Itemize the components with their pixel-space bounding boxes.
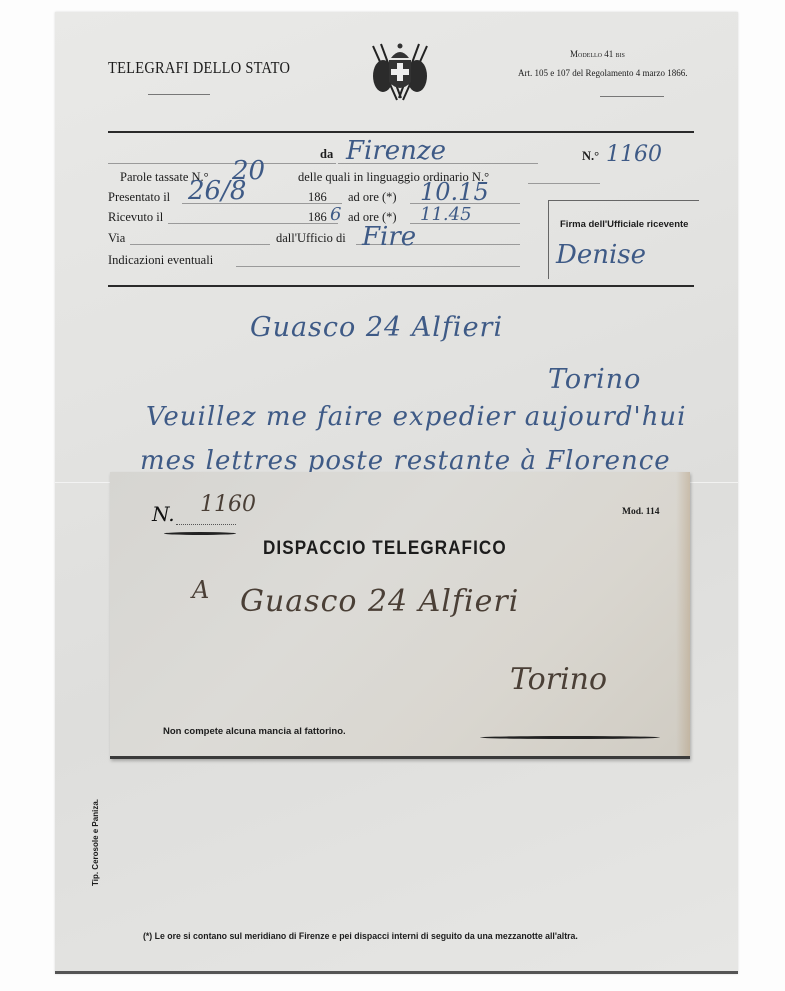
received-year-digit: 6 (330, 204, 341, 225)
savoy-coat-of-arms-icon (367, 40, 433, 106)
message-line-1: Veuillez me faire expedier aujourd'hui (146, 402, 687, 432)
line (108, 163, 336, 164)
telegram-envelope: N. 1160 Mod. 114 DISPACCIO TELEGRAFICO A… (110, 472, 690, 759)
regulation-reference: Art. 105 e 107 del Regolamento 4 marzo 1… (518, 68, 687, 78)
ordinary-line (528, 183, 600, 184)
envelope-flourish (164, 532, 236, 535)
envelope-address: Guasco 24 Alfieri (240, 584, 519, 619)
received-label: Ricevuto il (108, 210, 163, 225)
message-city: Torino (548, 364, 641, 395)
notes-label: Indicazioni eventuali (108, 253, 213, 268)
envelope-note: Non compete alcuna mancia al fattorino. (163, 726, 346, 737)
from-value: Firenze (346, 136, 446, 166)
office-value: Fire (362, 222, 416, 252)
form-top-rule (108, 131, 694, 133)
form-model-number: Modello 41 bis (570, 49, 625, 59)
presented-time: 10.15 (420, 178, 489, 206)
received-time: 11.45 (420, 204, 472, 225)
via-label: Via (108, 231, 125, 246)
number-value: 1160 (606, 142, 662, 167)
envelope-number-value: 1160 (200, 492, 256, 517)
title-rule (148, 94, 210, 95)
envelope-bottom-flourish (480, 736, 660, 739)
envelope-city: Torino (510, 662, 607, 697)
envelope-number-prefix: N. (152, 502, 175, 526)
received-year: 186 (308, 210, 327, 225)
number-label: N.° (582, 149, 599, 164)
regulation-rule (600, 96, 664, 97)
presented-year: 186 (308, 190, 327, 205)
message-recipient: Guasco 24 Alfieri (250, 312, 503, 343)
office-label: dall'Ufficio di (276, 231, 346, 246)
notes-line (236, 266, 520, 267)
envelope-to-prefix: A (192, 576, 209, 604)
envelope-number-line (176, 524, 236, 526)
presented-time-label: ad ore (*) (348, 190, 397, 205)
footnote: (*) Le ore si contano sul meridiano di F… (143, 931, 578, 942)
from-label: da (320, 147, 333, 162)
envelope-title: DISPACCIO TELEGRAFICO (263, 538, 507, 560)
signature-label: Firma dell'Ufficiale ricevente (560, 219, 688, 230)
printer-imprint: Tip. Cerosole e Paniza. (91, 799, 100, 886)
form-bottom-rule (108, 285, 694, 287)
envelope-model: Mod. 114 (622, 507, 659, 517)
presented-date: 26/8 (188, 176, 246, 206)
form-title: TELEGRAFI DELLO STATO (108, 58, 290, 78)
presented-label: Presentato il (108, 190, 170, 205)
via-line (130, 244, 270, 245)
signature-value: Denise (556, 240, 646, 270)
